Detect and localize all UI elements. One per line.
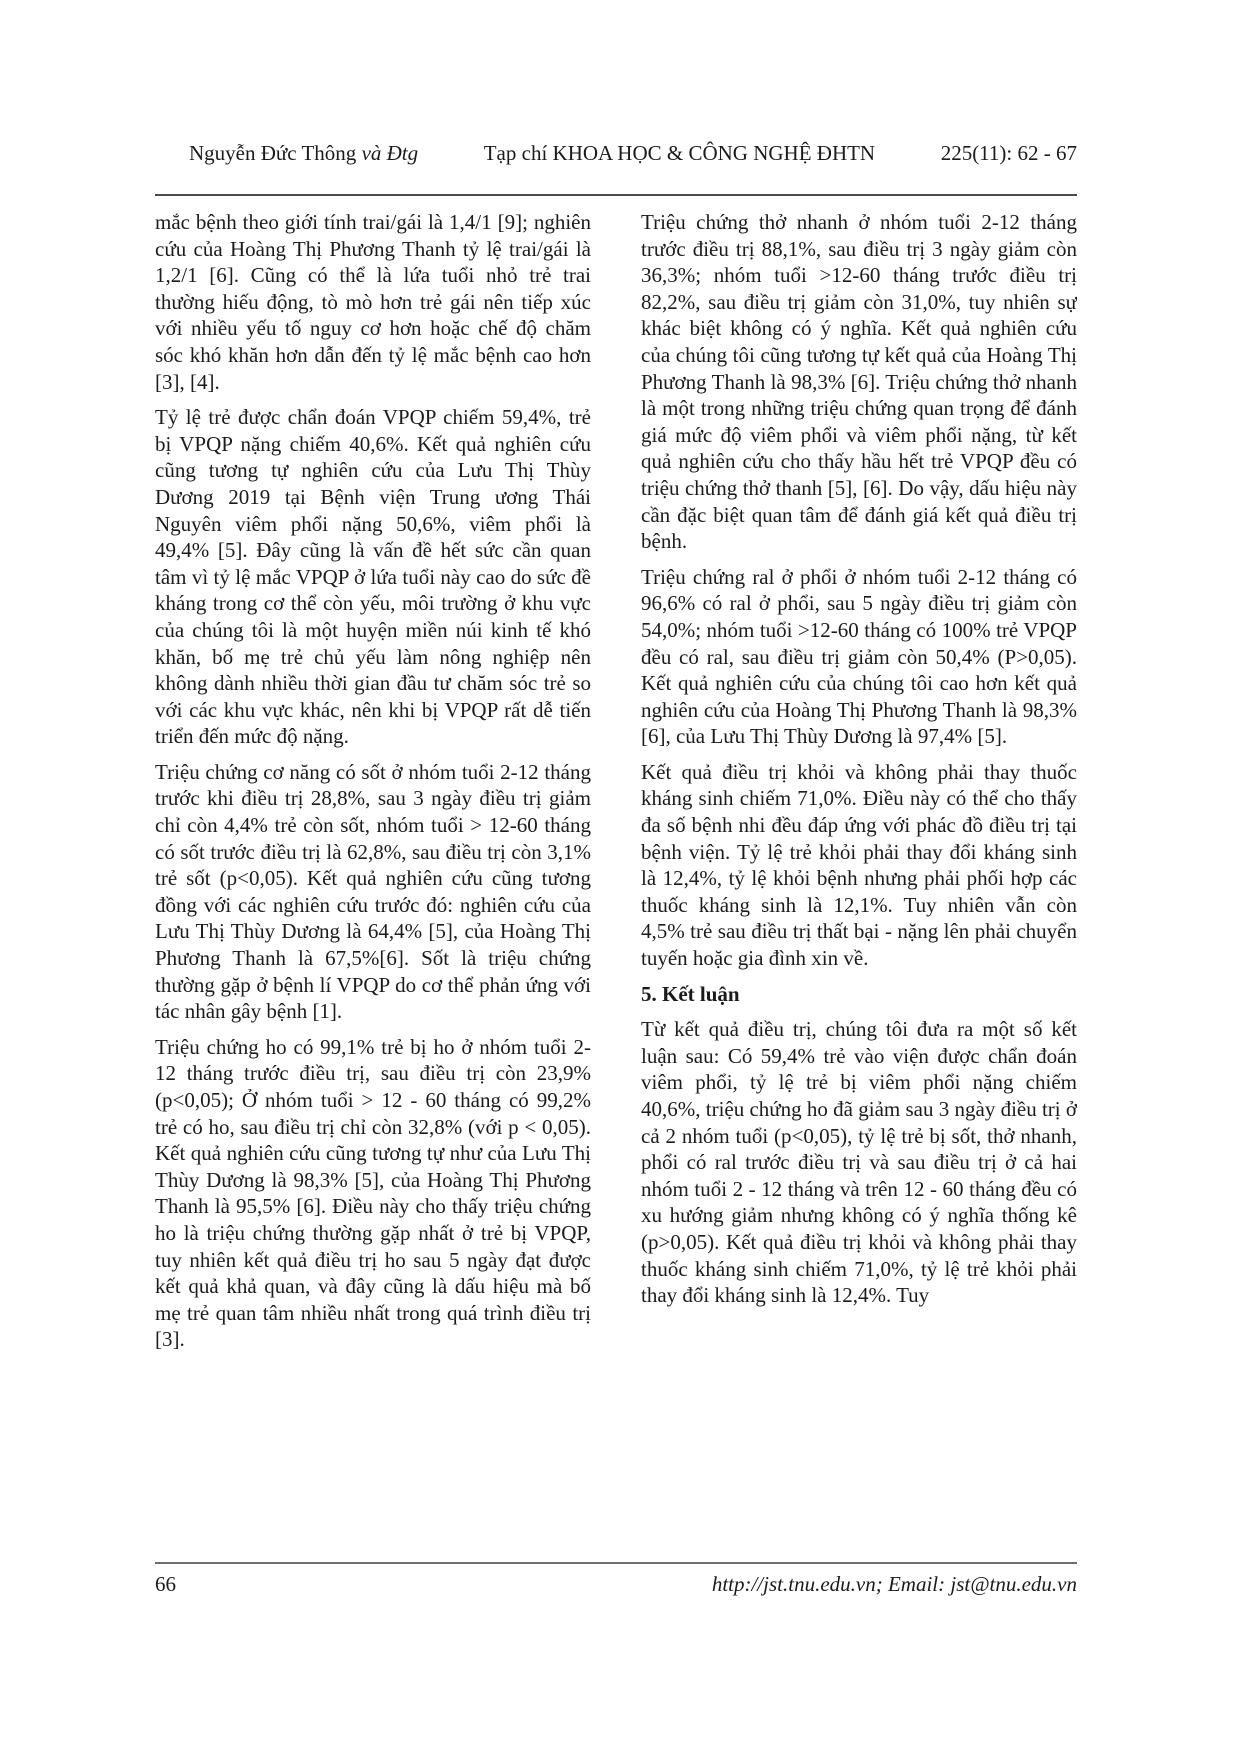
paragraph: Từ kết quả điều trị, chúng tôi đưa ra mộ… <box>641 1016 1077 1309</box>
paragraph: Tỷ lệ trẻ được chẩn đoán VPQP chiếm 59,4… <box>155 404 591 750</box>
paragraph: mắc bệnh theo giới tính trai/gái là 1,4/… <box>155 209 591 395</box>
paragraph: Triệu chứng ho có 99,1% trẻ bị ho ở nhóm… <box>155 1034 591 1353</box>
header-divider <box>155 194 1077 196</box>
paragraph: Triệu chứng cơ năng có sốt ở nhóm tuổi 2… <box>155 759 591 1025</box>
section-heading-conclusion: 5. Kết luận <box>641 981 1077 1008</box>
issue-info: 225(11): 62 - 67 <box>941 141 1077 166</box>
footer-contact: http://jst.tnu.edu.vn; Email: jst@tnu.ed… <box>712 1572 1077 1597</box>
page-header: Nguyễn Đức Thông và Đtg Tạp chí KHOA HỌC… <box>155 141 1077 166</box>
footer-divider <box>155 1562 1077 1564</box>
paragraph: Triệu chứng ral ở phổi ở nhóm tuổi 2-12 … <box>641 564 1077 750</box>
author-etal: và Đtg <box>362 141 419 165</box>
author-line: Nguyễn Đức Thông và Đtg <box>155 141 418 166</box>
paragraph: Triệu chứng thở nhanh ở nhóm tuổi 2-12 t… <box>641 209 1077 555</box>
journal-title: Tạp chí KHOA HỌC & CÔNG NGHỆ ĐHTN <box>484 141 875 166</box>
page-footer: 66 http://jst.tnu.edu.vn; Email: jst@tnu… <box>155 1572 1077 1597</box>
left-column: mắc bệnh theo giới tính trai/gái là 1,4/… <box>155 209 591 1559</box>
page-number: 66 <box>155 1572 176 1597</box>
right-column: Triệu chứng thở nhanh ở nhóm tuổi 2-12 t… <box>641 209 1077 1559</box>
article-body: mắc bệnh theo giới tính trai/gái là 1,4/… <box>155 209 1077 1559</box>
paper-page: Nguyễn Đức Thông và Đtg Tạp chí KHOA HỌC… <box>0 0 1240 1754</box>
author-name: Nguyễn Đức Thông <box>189 141 356 165</box>
paragraph: Kết quả điều trị khỏi và không phải thay… <box>641 759 1077 972</box>
